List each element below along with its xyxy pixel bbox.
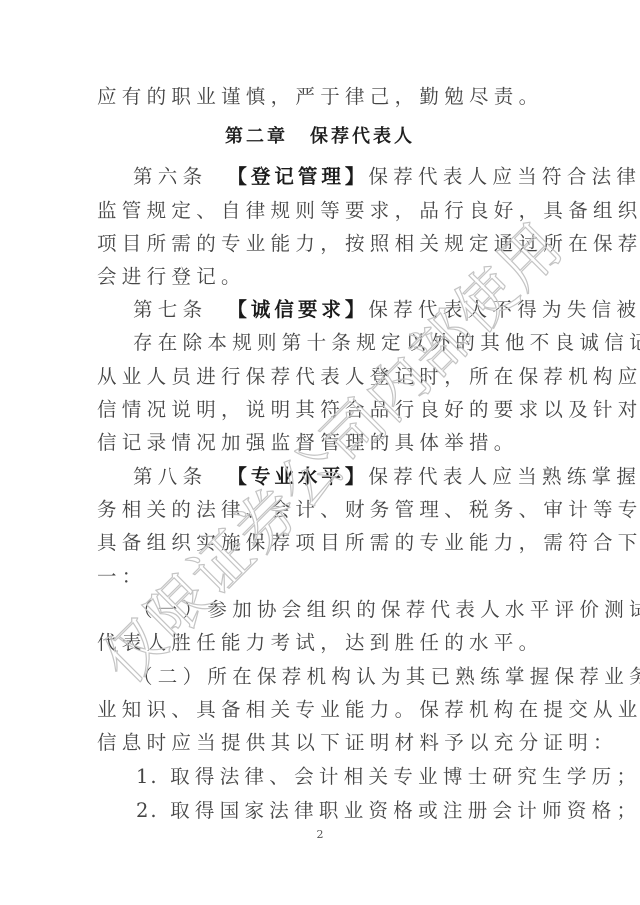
- document-page: 应有的职业谨慎，严于律己，勤勉尽责。 第二章保荐代表人 第六条【登记管理】保荐代…: [0, 0, 640, 905]
- list-number: 1.: [136, 765, 159, 788]
- clause-2-line: （二）所在保荐机构认为其已熟练掌握保荐业务相关专: [133, 665, 545, 689]
- article-heading: 【专业水平】: [227, 465, 368, 488]
- clause-2-line: 业知识、具备相关专业能力。保荐机构在提交从业人员登记: [97, 698, 545, 722]
- chapter-title: 第二章保荐代表人: [0, 125, 640, 149]
- chapter-name: 保荐代表人: [310, 126, 415, 147]
- article-7-first-line: 第七条【诚信要求】保荐代表人不得为失信被执行人。: [133, 298, 545, 322]
- article-8-first-line: 第八条【专业水平】保荐代表人应当熟练掌握保荐业: [133, 465, 545, 489]
- article-6-line: 会进行登记。: [97, 265, 545, 289]
- page-number: 2: [0, 828, 640, 841]
- article-6-line: 监管规定、自律规则等要求，品行良好，具备组织实施保荐: [97, 199, 545, 223]
- article-7-paragraph-line: 信记录情况加强监督管理的具体举措。: [97, 431, 545, 455]
- list-number: 2.: [136, 799, 159, 822]
- article-7-paragraph-line: 信情况说明，说明其符合品行良好的要求以及针对其不良诚: [97, 398, 545, 422]
- article-7-paragraph-line: 存在除本规则第十条规定以外的其他不良诚信记录的: [133, 331, 545, 355]
- article-8-line: 一：: [97, 565, 545, 589]
- list-item: 2. 取得国家法律职业资格或注册会计师资格；: [136, 799, 548, 823]
- article-text: 保荐代表人应当符合法律法规、: [368, 165, 640, 188]
- clause-2-line: 信息时应当提供其以下证明材料予以充分证明：: [97, 731, 545, 755]
- article-8-line: 务相关的法律、会计、财务管理、税务、审计等专业知识，: [97, 498, 545, 522]
- article-6-first-line: 第六条【登记管理】保荐代表人应当符合法律法规、: [133, 165, 545, 189]
- article-number: 第八条: [133, 465, 207, 488]
- chapter-number: 第二章: [225, 126, 288, 147]
- article-text: 保荐代表人不得为失信被执行人。: [368, 298, 640, 321]
- article-heading: 【登记管理】: [227, 165, 368, 188]
- intro-line: 应有的职业谨慎，严于律己，勤勉尽责。: [97, 85, 545, 109]
- article-8-line: 具备组织实施保荐项目所需的专业能力，需符合下列情形之: [97, 531, 545, 555]
- list-text: 取得国家法律职业资格或注册会计师资格；: [170, 799, 640, 822]
- list-text: 取得法律、会计相关专业博士研究生学历；: [170, 765, 640, 788]
- article-heading: 【诚信要求】: [227, 298, 368, 321]
- clause-1-line: （一）参加协会组织的保荐代表人水平评价测试即保荐: [133, 598, 545, 622]
- article-7-paragraph-line: 从业人员进行保荐代表人登记时，所在保荐机构应当提供诚: [97, 365, 545, 389]
- article-number: 第六条: [133, 165, 207, 188]
- article-6-line: 项目所需的专业能力，按照相关规定通过所在保荐机构向协: [97, 232, 545, 256]
- article-text: 保荐代表人应当熟练掌握保荐业: [368, 465, 640, 488]
- clause-1-line: 代表人胜任能力考试，达到胜任的水平。: [97, 631, 545, 655]
- article-number: 第七条: [133, 298, 207, 321]
- list-item: 1. 取得法律、会计相关专业博士研究生学历；: [136, 765, 548, 789]
